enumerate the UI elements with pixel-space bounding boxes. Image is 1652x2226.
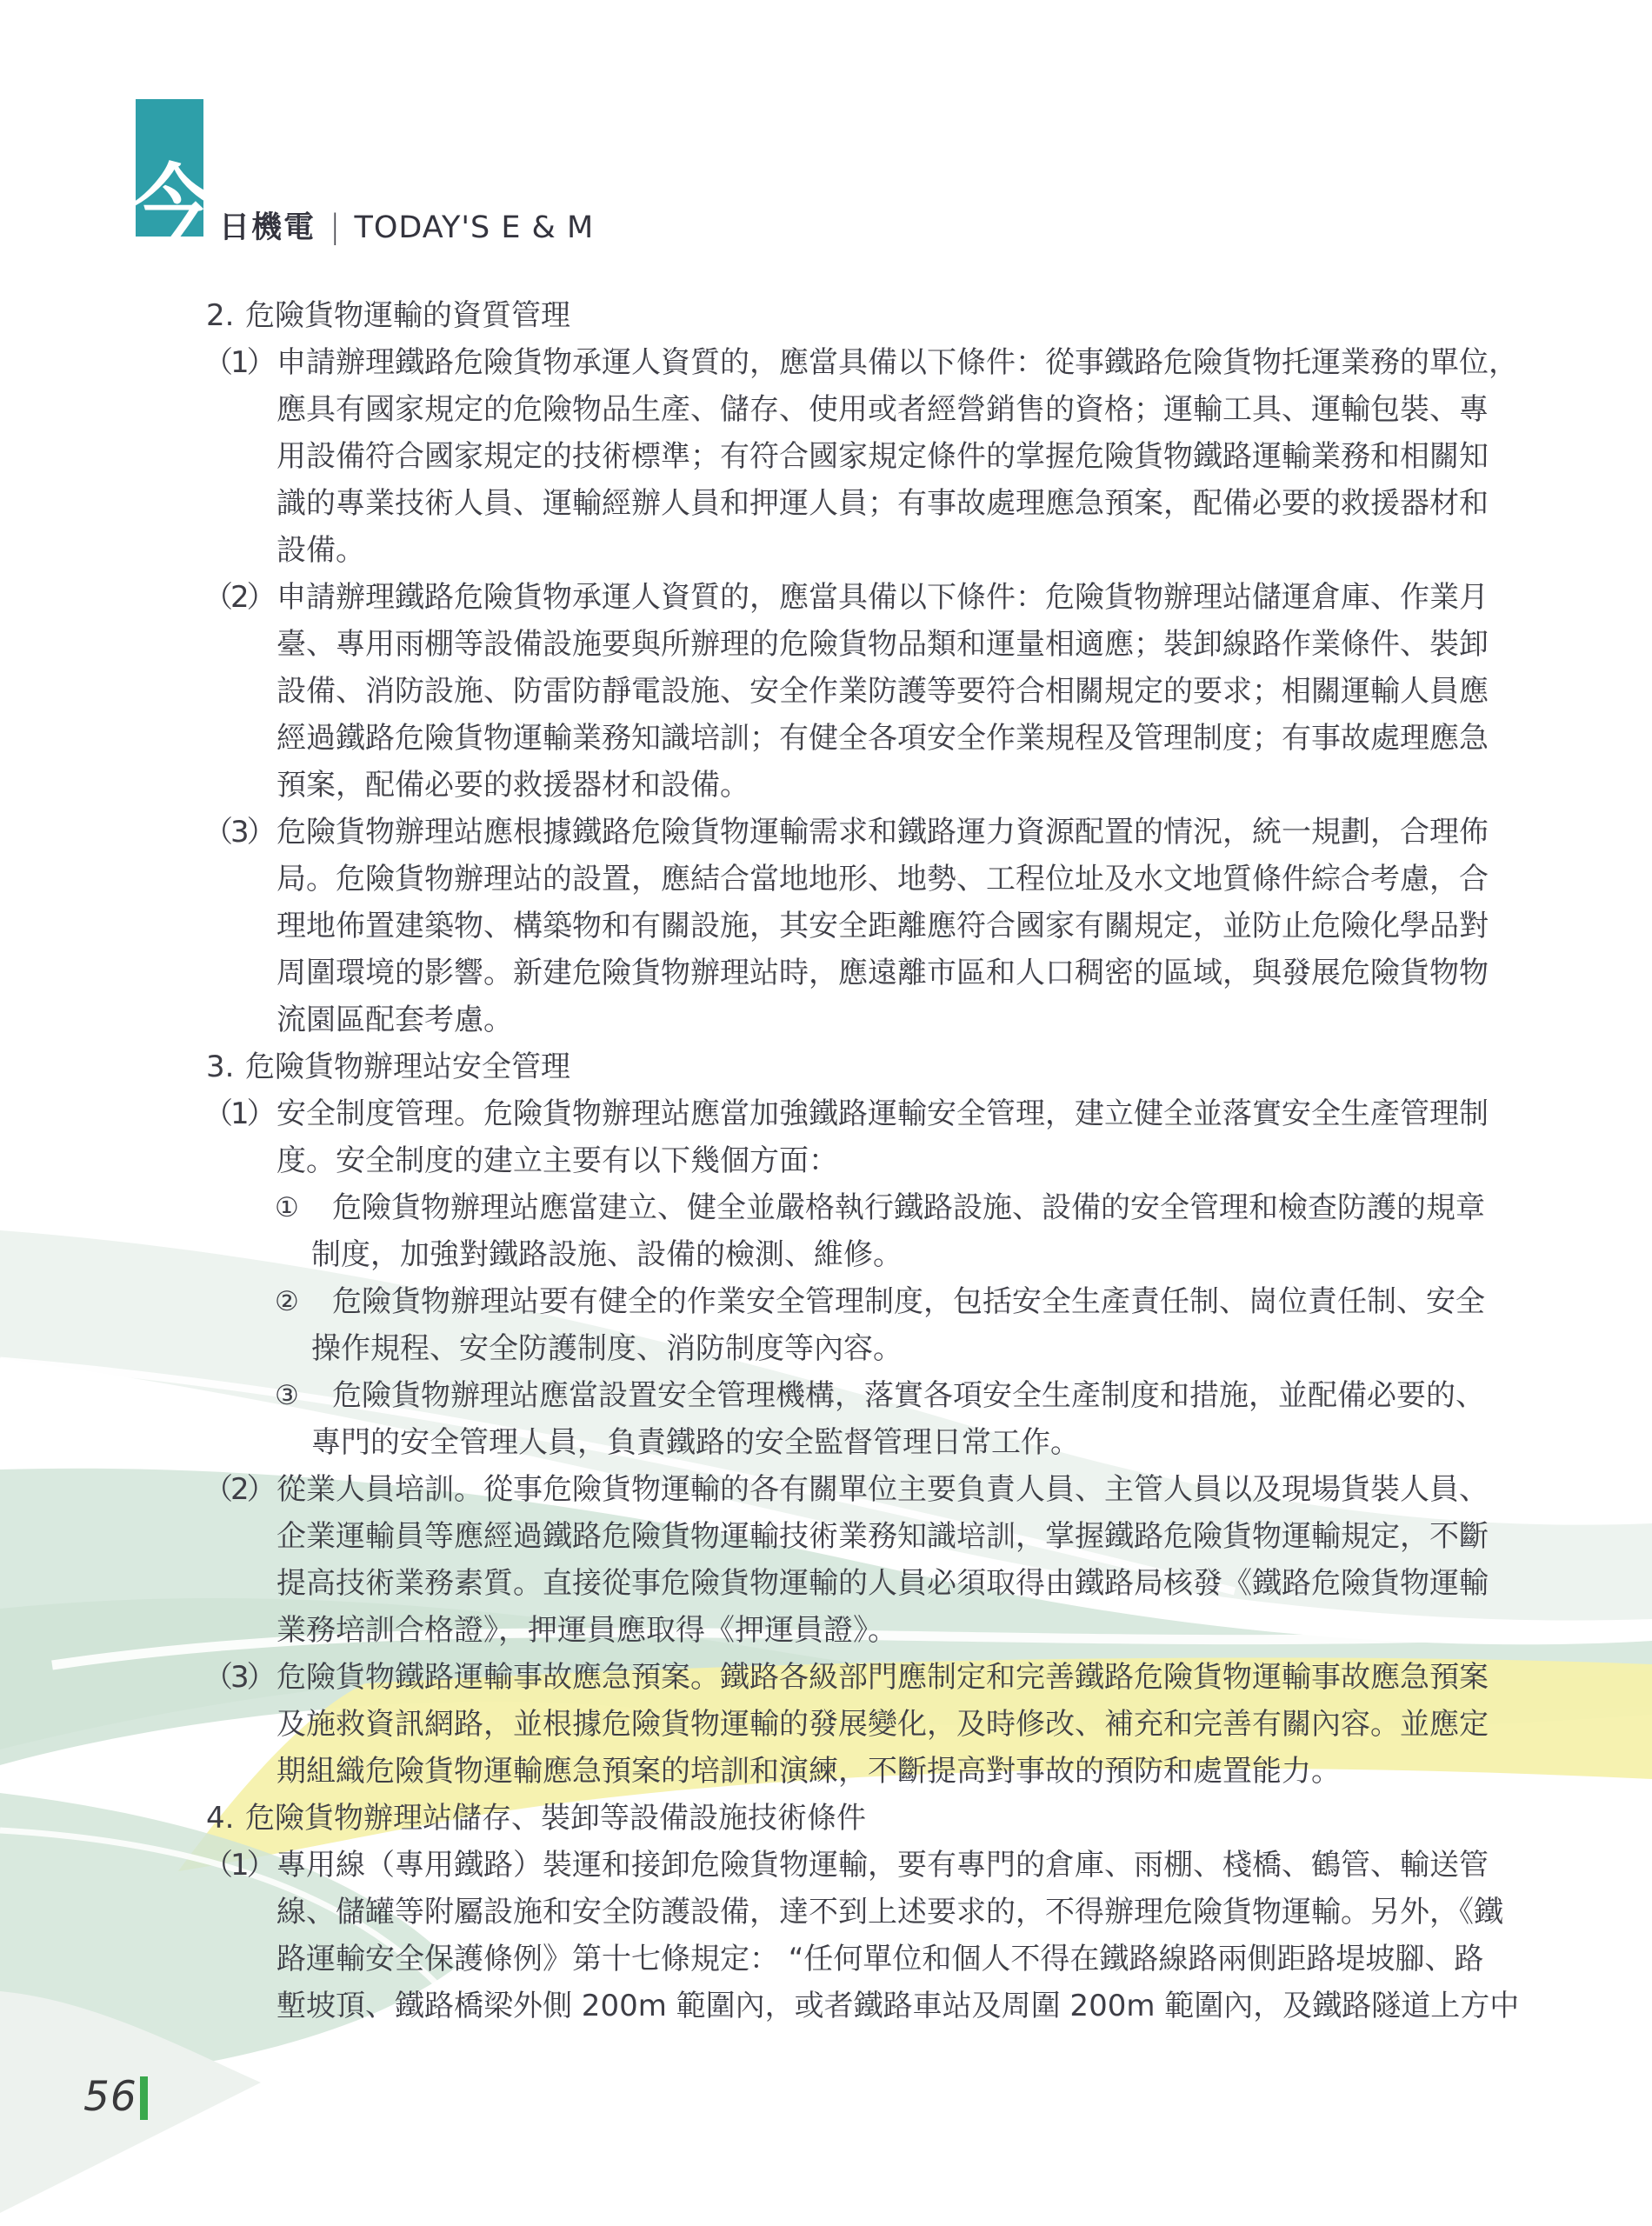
line-text: 線、儲罐等附屬設施和安全防護設備，達不到上述要求的，不得辦理危險貨物運輸。另外，… [276, 1889, 1503, 1936]
line-text: 專門的安全管理人員，負責鐵路的安全監督管理日常工作。 [311, 1419, 1080, 1466]
text-line: 設備、消防設施、防雷防靜電設施、安全作業防護等要符合相關規定的要求；相關運輸人員… [0, 668, 1652, 715]
line-text: 路運輸安全保護條例》第十七條規定： “任何單位和個人不得在鐵路線路兩側距路堤坡腳… [276, 1936, 1483, 1983]
text-line: 度。安全制度的建立主要有以下幾個方面： [0, 1137, 1652, 1184]
text-line: 流園區配套考慮。 [0, 996, 1652, 1043]
masthead-divider: | [330, 208, 340, 245]
text-line: （1）專用線（專用鐵路）裝運和接卸危險貨物運輸，要有專門的倉庫、雨棚、棧橋、鶴管… [0, 1842, 1652, 1889]
text-line: 提高技術業務素質。直接從事危險貨物運輸的人員必須取得由鐵路局核發《鐵路危險貨物運… [0, 1560, 1652, 1607]
logo-glyph-jin: 今 [132, 163, 214, 245]
line-text: 臺、專用雨棚等設備設施要與所辦理的危險貨物品類和運量相適應；裝卸線路作業條件、裝… [276, 621, 1489, 668]
text-line: 操作規程、安全防護制度、消防制度等內容。 [0, 1325, 1652, 1372]
masthead-title-latin: TODAY'S E & M [354, 210, 594, 245]
line-text: 塹坡頂、鐵路橋梁外側 200m 範圍內，或者鐵路車站及周圍 200m 範圍內，及… [276, 1983, 1519, 2029]
line-text: 度。安全制度的建立主要有以下幾個方面： [276, 1137, 838, 1184]
line-text: 危險貨物辦理站儲存、裝卸等設備設施技術條件 [245, 1795, 866, 1842]
text-line: （3）危險貨物鐵路運輸事故應急預案。鐵路各級部門應制定和完善鐵路危險貨物運輸事故… [0, 1654, 1652, 1701]
text-line: 專門的安全管理人員，負責鐵路的安全監督管理日常工作。 [0, 1419, 1652, 1466]
line-marker: （3） [203, 809, 274, 856]
text-line: 2.危險貨物運輸的資質管理 [0, 292, 1652, 339]
line-text: 企業運輸員等應經過鐵路危險貨物運輸技術業務知識培訓，掌握鐵路危險貨物運輸規定，不… [276, 1513, 1489, 1560]
line-text: 期組織危險貨物運輸應急預案的培訓和演練，不斷提高對事故的預防和處置能力。 [276, 1748, 1341, 1795]
line-text: 操作規程、安全防護制度、消防制度等內容。 [311, 1325, 903, 1372]
text-line: （1）申請辦理鐵路危險貨物承運人資質的，應當具備以下條件：從事鐵路危險貨物托運業… [0, 339, 1652, 386]
text-line: 企業運輸員等應經過鐵路危險貨物運輸技術業務知識培訓，掌握鐵路危險貨物運輸規定，不… [0, 1513, 1652, 1560]
line-marker: 4. [206, 1795, 234, 1842]
text-line: 及施救資訊網路，並根據危險貨物運輸的發展變化，及時修改、補充和完善有關內容。並應… [0, 1701, 1652, 1748]
line-marker: （2） [203, 1466, 274, 1513]
line-marker: （1） [203, 1842, 274, 1889]
text-line: 制度，加強對鐵路設施、設備的檢測、維修。 [0, 1231, 1652, 1278]
line-marker: （3） [203, 1654, 274, 1701]
line-text: 危險貨物鐵路運輸事故應急預案。鐵路各級部門應制定和完善鐵路危險貨物運輸事故應急預… [276, 1654, 1489, 1701]
line-text: 設備。 [276, 527, 365, 574]
line-text: 提高技術業務素質。直接從事危險貨物運輸的人員必須取得由鐵路局核發《鐵路危險貨物運… [276, 1560, 1489, 1607]
text-line: 局。危險貨物辦理站的設置，應結合當地地形、地勢、工程位址及水文地質條件綜合考慮，… [0, 856, 1652, 903]
text-line: （3）危險貨物辦理站應根據鐵路危險貨物運輸需求和鐵路運力資源配置的情況，統一規劃… [0, 809, 1652, 856]
line-marker: （1） [203, 1090, 274, 1137]
line-text: 用設備符合國家規定的技術標準；有符合國家規定條件的掌握危險貨物鐵路運輸業務和相關… [276, 433, 1489, 480]
text-line: 4.危險貨物辦理站儲存、裝卸等設備設施技術條件 [0, 1795, 1652, 1842]
text-line: 期組織危險貨物運輸應急預案的培訓和演練，不斷提高對事故的預防和處置能力。 [0, 1748, 1652, 1795]
text-line: 識的專業技術人員、運輸經辦人員和押運人員；有事故處理應急預案，配備必要的救援器材… [0, 480, 1652, 527]
line-marker: （2） [203, 574, 274, 621]
text-line: 臺、專用雨棚等設備設施要與所辦理的危險貨物品類和運量相適應；裝卸線路作業條件、裝… [0, 621, 1652, 668]
line-marker: 3. [206, 1043, 234, 1090]
line-marker: ② [275, 1278, 299, 1325]
line-text: 申請辦理鐵路危險貨物承運人資質的，應當具備以下條件：從事鐵路危險貨物托運業務的單… [276, 339, 1518, 386]
line-text: 安全制度管理。危險貨物辦理站應當加強鐵路運輸安全管理，建立健全並落實安全生產管理… [276, 1090, 1489, 1137]
text-line: 理地佈置建築物、構築物和有關設施，其安全距離應符合國家有關規定，並防止危險化學品… [0, 903, 1652, 950]
text-line: 設備。 [0, 527, 1652, 574]
line-text: 應具有國家規定的危險物品生產、儲存、使用或者經營銷售的資格；運輸工具、運輸包裝、… [276, 386, 1489, 433]
text-line: （1）安全制度管理。危險貨物辦理站應當加強鐵路運輸安全管理，建立健全並落實安全生… [0, 1090, 1652, 1137]
line-text: 申請辦理鐵路危險貨物承運人資質的，應當具備以下條件：危險貨物辦理站儲運倉庫、作業… [276, 574, 1489, 621]
text-line: 周圍環境的影響。新建危險貨物辦理站時，應遠離市區和人口稠密的區域，與發展危險貨物… [0, 950, 1652, 996]
text-line: 3.危險貨物辦理站安全管理 [0, 1043, 1652, 1090]
page-number: 56 [83, 2073, 137, 2121]
article-body: 2.危險貨物運輸的資質管理（1）申請辦理鐵路危險貨物承運人資質的，應當具備以下條… [0, 292, 1652, 2029]
line-marker: 2. [206, 292, 234, 339]
text-line: 業務培訓合格證》，押運員應取得《押運員證》。 [0, 1607, 1652, 1654]
line-text: 識的專業技術人員、運輸經辦人員和押運人員；有事故處理應急預案，配備必要的救援器材… [276, 480, 1489, 527]
text-line: ②危險貨物辦理站要有健全的作業安全管理制度，包括安全生產責任制、崗位責任制、安全 [0, 1278, 1652, 1325]
line-text: 危險貨物辦理站應當建立、健全並嚴格執行鐵路設施、設備的安全管理和檢查防護的規章 [332, 1184, 1485, 1231]
line-marker: ① [275, 1184, 299, 1231]
line-marker: ③ [275, 1372, 299, 1419]
line-text: 危險貨物辦理站要有健全的作業安全管理制度，包括安全生產責任制、崗位責任制、安全 [332, 1278, 1485, 1325]
line-text: 危險貨物辦理站應根據鐵路危險貨物運輸需求和鐵路運力資源配置的情況，統一規劃，合理… [276, 809, 1489, 856]
line-text: 經過鐵路危險貨物運輸業務知識培訓；有健全各項安全作業規程及管理制度；有事故處理應… [276, 715, 1489, 762]
text-line: 路運輸安全保護條例》第十七條規定： “任何單位和個人不得在鐵路線路兩側距路堤坡腳… [0, 1936, 1652, 1983]
line-text: 危險貨物辦理站安全管理 [245, 1043, 570, 1090]
page-number-bar [140, 2076, 148, 2120]
line-text: 流園區配套考慮。 [276, 996, 513, 1043]
text-line: 用設備符合國家規定的技術標準；有符合國家規定條件的掌握危險貨物鐵路運輸業務和相關… [0, 433, 1652, 480]
masthead-title-cjk: 日機電 [219, 210, 316, 245]
line-text: 預案，配備必要的救援器材和設備。 [276, 762, 749, 809]
text-line: 塹坡頂、鐵路橋梁外側 200m 範圍內，或者鐵路車站及周圍 200m 範圍內，及… [0, 1983, 1652, 2029]
line-marker: （1） [203, 339, 274, 386]
line-text: 危險貨物運輸的資質管理 [245, 292, 570, 339]
line-text: 業務培訓合格證》，押運員應取得《押運員證》。 [276, 1607, 897, 1654]
text-line: 線、儲罐等附屬設施和安全防護設備，達不到上述要求的，不得辦理危險貨物運輸。另外，… [0, 1889, 1652, 1936]
line-text: 及施救資訊網路，並根據危險貨物運輸的發展變化，及時修改、補充和完善有關內容。並應… [276, 1701, 1489, 1748]
line-text: 專用線（專用鐵路）裝運和接卸危險貨物運輸，要有專門的倉庫、雨棚、棧橋、鶴管、輸送… [276, 1842, 1489, 1889]
text-line: （2）從業人員培訓。從事危險貨物運輸的各有關單位主要負責人員、主管人員以及現場貨… [0, 1466, 1652, 1513]
text-line: ③危險貨物辦理站應當設置安全管理機構，落實各項安全生產制度和措施，並配備必要的、 [0, 1372, 1652, 1419]
masthead: 日機電|TODAY'S E & M [219, 203, 594, 247]
line-text: 制度，加強對鐵路設施、設備的檢測、維修。 [311, 1231, 903, 1278]
line-text: 局。危險貨物辦理站的設置，應結合當地地形、地勢、工程位址及水文地質條件綜合考慮，… [276, 856, 1489, 903]
text-line: 應具有國家規定的危險物品生產、儲存、使用或者經營銷售的資格；運輸工具、運輸包裝、… [0, 386, 1652, 433]
line-text: 周圍環境的影響。新建危險貨物辦理站時，應遠離市區和人口稠密的區域，與發展危險貨物… [276, 950, 1489, 996]
text-line: （2）申請辦理鐵路危險貨物承運人資質的，應當具備以下條件：危險貨物辦理站儲運倉庫… [0, 574, 1652, 621]
magazine-page: 今 日機電|TODAY'S E & M 2.危險貨物運輸的資質管理（1）申請辦理… [0, 0, 1652, 2226]
text-line: ①危險貨物辦理站應當建立、健全並嚴格執行鐵路設施、設備的安全管理和檢查防護的規章 [0, 1184, 1652, 1231]
line-text: 危險貨物辦理站應當設置安全管理機構，落實各項安全生產制度和措施，並配備必要的、 [332, 1372, 1485, 1419]
line-text: 設備、消防設施、防雷防靜電設施、安全作業防護等要符合相關規定的要求；相關運輸人員… [276, 668, 1489, 715]
text-line: 預案，配備必要的救援器材和設備。 [0, 762, 1652, 809]
magazine-logo: 今 [136, 99, 203, 237]
text-line: 經過鐵路危險貨物運輸業務知識培訓；有健全各項安全作業規程及管理制度；有事故處理應… [0, 715, 1652, 762]
line-text: 從業人員培訓。從事危險貨物運輸的各有關單位主要負責人員、主管人員以及現場貨裝人員… [276, 1466, 1489, 1513]
line-text: 理地佈置建築物、構築物和有關設施，其安全距離應符合國家有關規定，並防止危險化學品… [276, 903, 1489, 950]
